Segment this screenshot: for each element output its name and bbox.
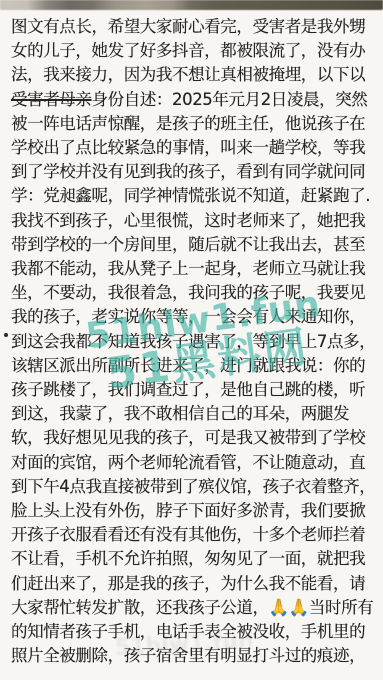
post-text-line: 脸上头上没有外伤，脖子下面好多淤青，我们要掀 — [11, 499, 376, 523]
post-text-line: 我找不到孩子，心里很慌，这时老师来了，她把我 — [11, 209, 376, 233]
post-text-line: 到下午4点我直接被带到了殡仪馆，孩子衣着整齐， — [11, 475, 376, 499]
post-text-line: 们赶出来了，那是我的孩子，为什么我不能看，请 — [11, 572, 376, 596]
post-text-line: 图文有点长，希望大家耐心看完，受害者是我外甥 — [11, 15, 376, 39]
post-text-line: 不让看，手机不允许拍照，匆匆见了一面，就把我 — [11, 547, 376, 571]
post-text-line: 学：党昶鑫呢，同学神情慌张说不知道，赶紧跑了. — [11, 184, 376, 208]
post-text-line: 女的儿子，她发了好多抖音，都被限流了，没有办 — [11, 39, 376, 63]
post-text-line: 该辖区派出所副所长进来了，进门就跟我说：你的 — [11, 354, 376, 378]
post-text-line: 到这，我蒙了，我不敢相信自己的耳朵，两腿发 — [11, 402, 376, 426]
post-text-line: 对面的宾馆，两个老师轮流看管，不让随意动，直 — [11, 451, 376, 475]
post-text-line: 开孩子衣服看看还有没有其他伤，十多个老师拦着 — [11, 523, 376, 547]
post-text-line: 被一阵电话声惊醒，是孩子的班主任，他说孩子在 — [11, 112, 376, 136]
post-text-line: 大家帮忙转发扩散，还我孩子公道，🙏🙏当时所有 — [11, 596, 376, 620]
stray-dot — [4, 333, 8, 337]
post-text-line: 法，我来接力，因为我不想让真相被掩埋，以下以 — [11, 63, 376, 87]
strikethrough-text: 受害者母亲 — [11, 90, 92, 109]
post-text-line: 到这会我都不知道我孩子遇害了，等到早上7点多， — [11, 330, 376, 354]
post-text-line: 的知情者孩子手机，电话手表全被没收，手机里的 — [11, 620, 376, 644]
post-screenshot: 图文有点长，希望大家耐心看完，受害者是我外甥女的儿子，她发了好多抖音，都被限流了… — [0, 0, 383, 680]
post-text-line: 带到学校的一个房间里，随后就不让我出去，甚至 — [11, 233, 376, 257]
post-text-line: 照片全被删除，孩子宿舍里有明显打斗过的痕迹， — [11, 644, 376, 668]
post-text-line: 我的孩子，老实说你等等，一会会有人来通知你， — [11, 305, 376, 329]
post-text-line: 坐，不要动，我很着急，我问我的孩子呢，我要见 — [11, 281, 376, 305]
photo-edge-strip — [0, 0, 383, 10]
post-text-line: 受害者母亲身份自述：2025年元月2日凌晨，突然 — [11, 88, 376, 112]
post-text-line: 软，我好想见见我的孩子，可是我又被带到了学校 — [11, 426, 376, 450]
post-text-line: 学校出了点比较紧急的事情，叫来一趟学校，等我 — [11, 136, 376, 160]
post-text: 图文有点长，希望大家耐心看完，受害者是我外甥女的儿子，她发了好多抖音，都被限流了… — [11, 15, 376, 668]
post-text-line: 到了学校并没有见到我的孩子，看到有同学就问同 — [11, 160, 376, 184]
post-text-line: 我都不能动，我从凳子上一起身，老师立马就让我 — [11, 257, 376, 281]
post-text-line: 孩子跳楼了，我们调查过了，是他自己跳的楼，听 — [11, 378, 376, 402]
